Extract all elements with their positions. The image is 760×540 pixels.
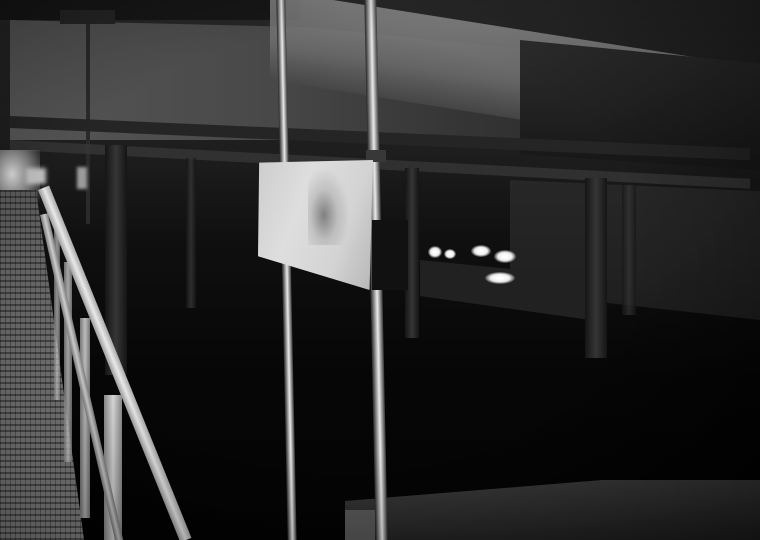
distant-light [485,272,515,284]
distant-light [428,246,442,258]
floor-block [345,510,375,540]
distant-light [471,245,491,257]
blank-sign [258,160,373,290]
column [585,178,607,358]
floor-curb [345,480,760,540]
column [186,158,196,308]
ceiling-fixture [60,10,115,24]
sign-smudge [308,170,348,245]
ceiling-shadow [0,0,300,20]
distant-light [26,168,46,184]
photo-scene [0,0,760,540]
column [622,185,636,315]
sign-bracket [372,220,408,290]
distant-light [494,250,516,263]
distant-light [77,167,87,189]
distant-light [444,249,456,259]
